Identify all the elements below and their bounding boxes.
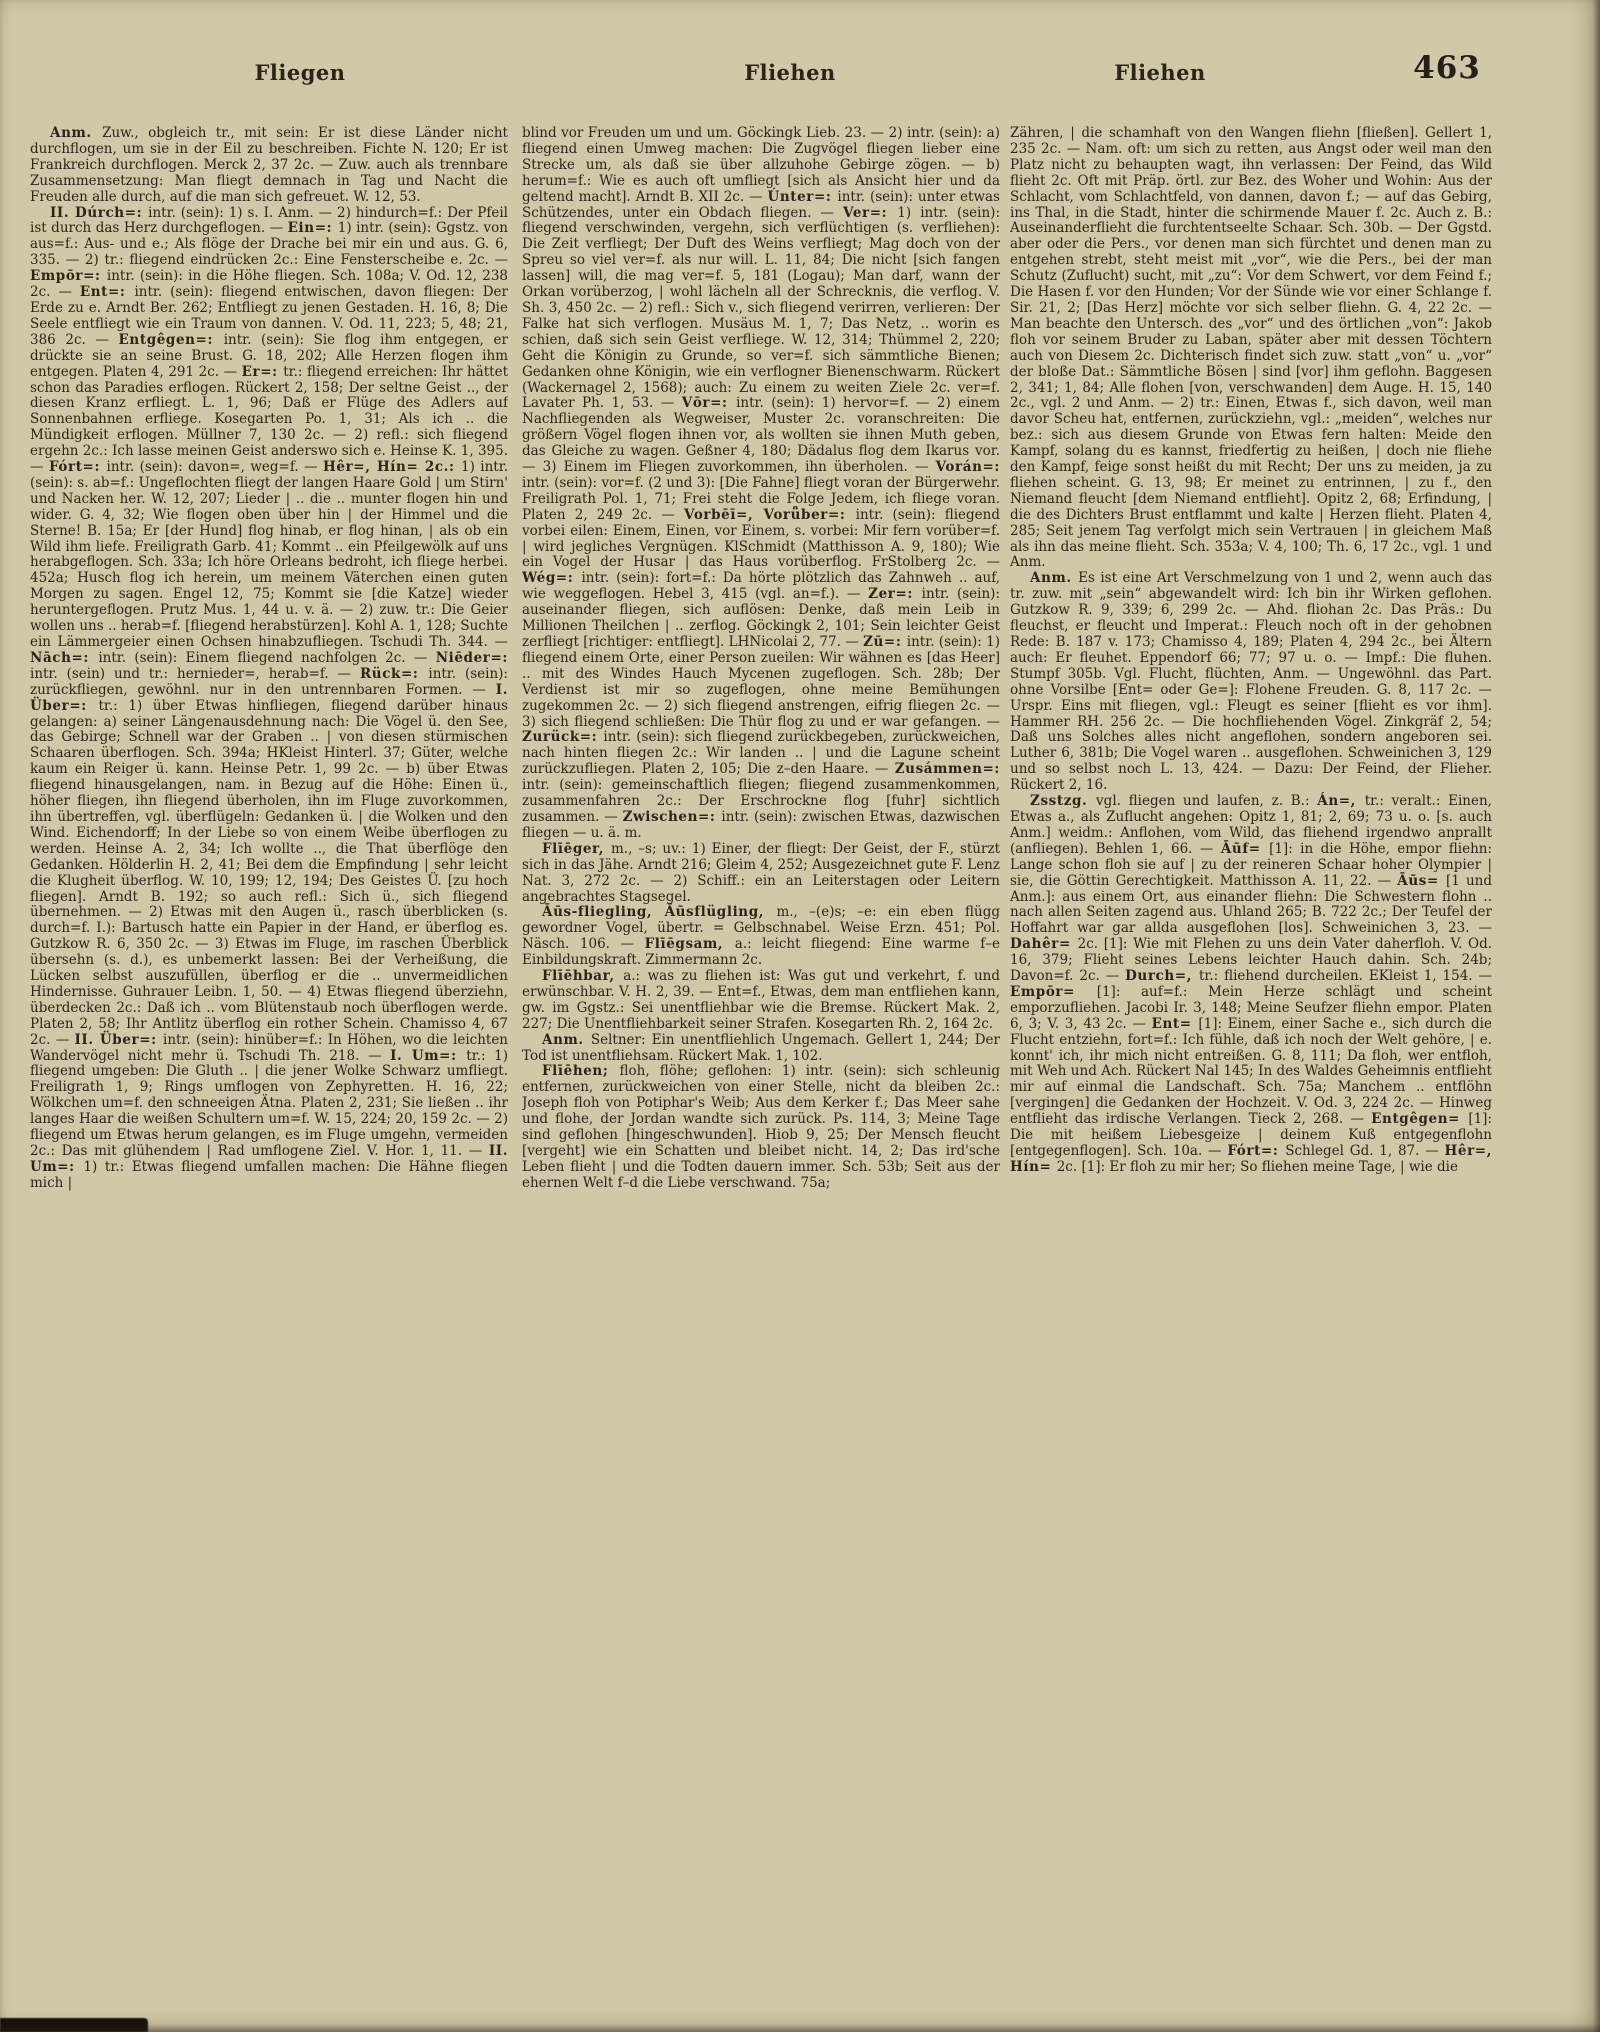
entry-headword: Entgêgen=: xyxy=(119,332,224,348)
scanned-dictionary-page: Fliegen Fliehen Fliehen 463 Anm. Zuw., o… xyxy=(0,0,1600,2032)
paragraph: II. Dúrch=: intr. (sein): 1) s. I. Anm. … xyxy=(30,206,508,1192)
entry-headword: Anm. xyxy=(1030,570,1078,586)
entry-text: tr.: 1) über Etwas hinfliegen, fliegend … xyxy=(30,698,508,1048)
entry-headword: I. Um=: xyxy=(390,1048,466,1064)
paragraph: Āūs-fliegling, Āūsflügling, m., –(e)s; –… xyxy=(522,905,1000,969)
entry-headword: Zurück=: xyxy=(522,729,603,745)
entry-headword: Zer=: xyxy=(868,586,922,602)
entry-text: 2c. [1]: Er floh zu mir her; So fliehen … xyxy=(1057,1159,1458,1175)
entry-text: Zuw., obgleich tr., mit sein: Er ist die… xyxy=(30,126,508,205)
entry-headword: Dahêr= xyxy=(1010,936,1078,952)
text-column-2: blind vor Freuden um und um. Göckingk Li… xyxy=(522,126,1000,1916)
entry-headword: Āūs-fliegling, Āūsflügling, xyxy=(542,904,776,920)
paragraph: Flīēger, m., –s; uv.: 1) Einer, der flie… xyxy=(522,842,1000,906)
entry-headword: Ent=: xyxy=(80,284,135,300)
paragraph: blind vor Freuden um und um. Göckingk Li… xyxy=(522,126,1000,842)
entry-headword: Zwischen=: xyxy=(623,809,722,825)
entry-text: Zähren, | die schamhaft von den Wangen f… xyxy=(1010,126,1492,570)
entry-text: tr.: fliehend durcheilen. EKleist 1, 154… xyxy=(1199,968,1492,984)
entry-headword: Rück=: xyxy=(360,666,428,682)
text-column-1: Anm. Zuw., obgleich tr., mit sein: Er is… xyxy=(30,126,508,1916)
entry-headword: Nāch=: xyxy=(30,650,98,666)
entry-text: tr.: 1) fliegend umgeben: Die Gluth .. |… xyxy=(30,1048,508,1159)
entry-headword: Fórt=: xyxy=(49,459,107,475)
entry-headword: Empōr=: xyxy=(30,268,107,284)
entry-headword: Durch=, xyxy=(1125,968,1199,984)
entry-headword: Āūs= xyxy=(1397,873,1446,889)
entry-text: intr. (sein) und tr.: hernieder=, herab=… xyxy=(30,666,360,682)
entry-headword: Empōr= xyxy=(1010,984,1097,1000)
entry-headword: Án=, xyxy=(1317,793,1364,809)
scan-edge-bottom-shadow xyxy=(0,2024,1600,2032)
entry-headword: Hêr=, Hín= 2c.: xyxy=(323,459,461,475)
entry-headword: Vorbēī=, Vorǖber=: xyxy=(684,507,856,523)
text-column-3: Zähren, | die schamhaft von den Wangen f… xyxy=(1010,126,1492,1916)
entry-text: 1) tr.: Etwas fliegend umfallen machen: … xyxy=(30,1159,508,1191)
entry-headword: II. Dúrch=: xyxy=(50,205,148,221)
entry-text: floh, flöhe; geflohen: 1) intr. (sein): … xyxy=(522,1063,1000,1190)
paragraph: Anm. Seltner: Ein unentfliehlich Ungemac… xyxy=(522,1033,1000,1065)
entry-headword: Vorán=: xyxy=(936,459,1000,475)
entry-text: Es ist eine Art Verschmelzung von 1 und … xyxy=(1010,570,1492,793)
entry-headword: Ein=: xyxy=(288,220,338,236)
entry-headword: Ver=: xyxy=(843,205,897,221)
running-title-fliegen: Fliegen xyxy=(170,60,430,85)
paragraph: Anm. Zuw., obgleich tr., mit sein: Er is… xyxy=(30,126,508,206)
entry-text: 1) intr. (sein): fliegend verschwinden, … xyxy=(522,205,1000,412)
entry-headword: Flīēhen; xyxy=(542,1063,620,1079)
paragraph: Zähren, | die schamhaft von den Wangen f… xyxy=(1010,126,1492,571)
entry-headword: Āūf= xyxy=(1221,841,1269,857)
entry-text: intr. (sein): davon=, weg=f. — xyxy=(107,459,324,475)
entry-headword: Fórt=: xyxy=(1227,1143,1285,1159)
entry-headword: Er=: xyxy=(242,364,284,380)
entry-headword: Únter=: xyxy=(767,189,837,205)
running-title-fliehen-right: Fliehen xyxy=(1030,60,1290,85)
paragraph: Flīēhen; floh, flöhe; geflohen: 1) intr.… xyxy=(522,1064,1000,1191)
entry-headword: Zusámmen=: xyxy=(895,761,1000,777)
paragraph: Anm. Es ist eine Art Verschmelzung von 1… xyxy=(1010,571,1492,794)
entry-headword: Zsstzg. xyxy=(1030,793,1096,809)
entry-headword: Vōr=: xyxy=(682,395,736,411)
entry-headword: Flīēgsam, xyxy=(645,936,735,952)
entry-headword: Anm. xyxy=(542,1032,591,1048)
entry-text: Schlegel Gd. 1, 87. — xyxy=(1285,1143,1444,1159)
scan-edge-right-shadow xyxy=(1593,0,1600,2032)
entry-text: 1) intr. (sein): s. ab=f.: Ungeflochten … xyxy=(30,459,508,650)
running-title-fliehen-middle: Fliehen xyxy=(660,60,920,85)
paragraph: Flīēhbar, a.: was zu fliehen ist: Was gu… xyxy=(522,969,1000,1033)
entry-headword: Anm. xyxy=(50,126,102,141)
entry-headword: Entgêgen= xyxy=(1371,1111,1468,1127)
page-number: 463 xyxy=(1392,50,1502,86)
entry-text: intr. (sein): Einem fliegend nachfolgen … xyxy=(98,650,435,666)
entry-headword: Ent= xyxy=(1152,1016,1199,1032)
entry-headword: Flīēger, xyxy=(542,841,611,857)
entry-headword: Flīēhbar, xyxy=(542,968,623,984)
entry-headword: II. Über=: xyxy=(75,1032,164,1048)
entry-headword: Niēder=: xyxy=(436,650,508,666)
entry-headword: Zū=: xyxy=(863,634,907,650)
entry-headword: Wég=: xyxy=(522,570,581,586)
entry-text: Seltner: Ein unentfliehlich Ungemach. Ge… xyxy=(522,1032,1000,1064)
paragraph: Zsstzg. vgl. fliegen und laufen, z. B.: … xyxy=(1010,794,1492,1176)
entry-text: vgl. fliegen und laufen, z. B.: xyxy=(1096,793,1317,809)
